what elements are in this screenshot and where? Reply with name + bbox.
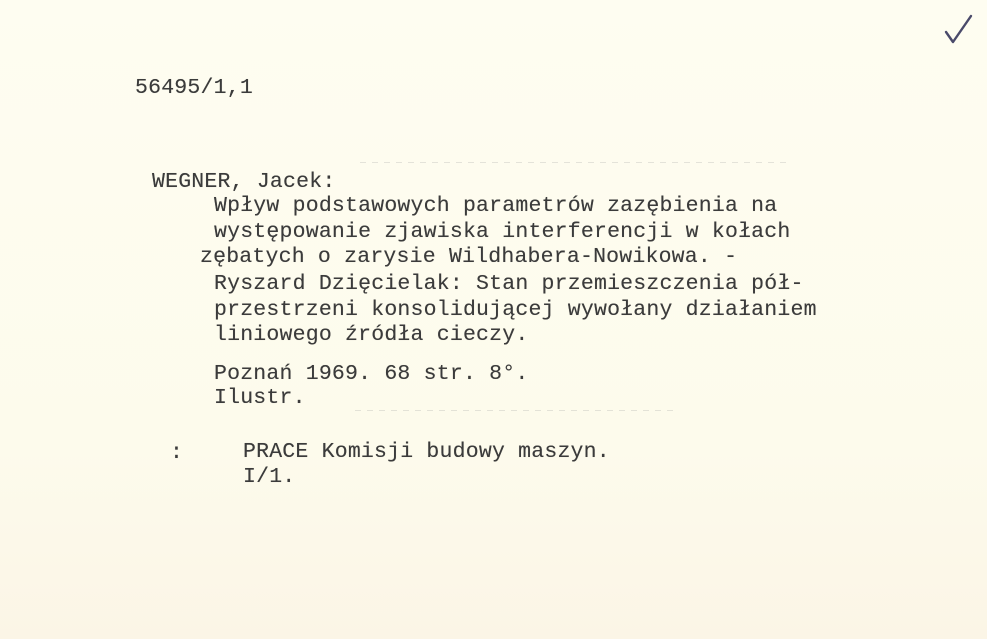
author-heading: WEGNER, Jacek:	[152, 170, 335, 194]
imprint-line: Ilustr.	[214, 386, 306, 410]
series-line: PRACE Komisji budowy maszyn.	[243, 440, 610, 464]
catalog-card: 56495/1,1 WEGNER, Jacek: Wpływ podstawow…	[0, 0, 987, 639]
series-line: I/1.	[243, 465, 295, 489]
title-line: przestrzeni konsolidującej wywołany dzia…	[214, 298, 817, 322]
faint-rule	[355, 410, 675, 411]
title-line: występowanie zjawiska interferencji w ko…	[214, 220, 791, 244]
call-number: 56495/1,1	[135, 76, 253, 100]
title-line: Ryszard Dzięcielak: Stan przemieszczenia…	[214, 272, 804, 296]
faint-rule	[360, 162, 790, 163]
series-marker: :	[170, 441, 183, 465]
title-line: zębatych o zarysie Wildhabera-Nowikowa. …	[200, 245, 737, 269]
title-line: Wpływ podstawowych parametrów zazębienia…	[214, 194, 777, 218]
check-mark-icon	[940, 12, 976, 48]
imprint-line: Poznań 1969. 68 str. 8°.	[214, 362, 528, 386]
title-line: liniowego źródła cieczy.	[214, 323, 528, 347]
